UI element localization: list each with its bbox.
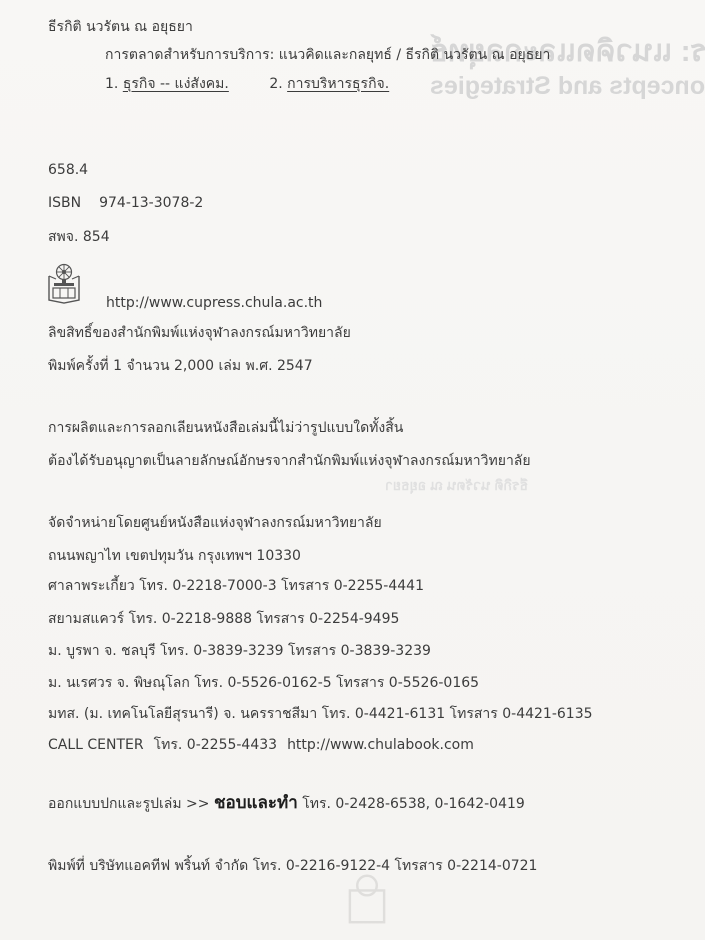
show-through-title-english: Services Marketing: Concepts and Strateg… bbox=[430, 72, 705, 101]
rights-notice-line-1: การผลิตและการลอกเลียนหนังสือเล่มนี้ไม่ว่… bbox=[48, 419, 403, 437]
catalog-subject-1: 1. ธุรกิจ -- แง่สังคม. bbox=[105, 76, 233, 92]
catalog-subjects: 1. ธุรกิจ -- แง่สังคม. 2. การบริหารธุรกิ… bbox=[105, 75, 425, 93]
catalog-author: ธีรกิติ นวรัตน ณ อยุธยา bbox=[48, 18, 193, 36]
design-brand: ชอบและทำ bbox=[214, 793, 298, 813]
subject-label: การบริหารธุรกิจ. bbox=[287, 76, 389, 92]
catalog-subject-2: 2. การบริหารธุรกิจ. bbox=[269, 76, 389, 92]
printing-info: พิมพ์ครั้งที่ 1 จำนวน 2,000 เล่ม พ.ศ. 25… bbox=[48, 357, 313, 375]
design-credit: ออกแบบปกและรูปเล่ม >> ชอบและทำ โทร. 0-24… bbox=[48, 794, 525, 813]
chulabook-url[interactable]: http://www.chulabook.com bbox=[287, 737, 474, 753]
class-number: 658.4 bbox=[48, 161, 88, 179]
publisher-url[interactable]: http://www.cupress.chula.ac.th bbox=[106, 294, 322, 312]
subject-number: 1. bbox=[105, 76, 118, 92]
show-through-author: ธีรกิติ นวรัตน ณ อยุธยา bbox=[385, 475, 528, 497]
branch-contact: สยามสแควร์ โทร. 0-2218-9888 โทรสาร 0-225… bbox=[48, 610, 399, 628]
design-label: ออกแบบปกและรูปเล่ม >> bbox=[48, 796, 210, 812]
isbn-line: ISBN974-13-3078-2 bbox=[48, 194, 203, 212]
branch-contact: มทส. (ม. เทคโนโลยีสุรนารี) จ. นครราชสีมา… bbox=[48, 705, 593, 723]
show-through-logo-icon bbox=[345, 872, 389, 926]
branch-contact: ม. นเรศวร จ. พิษณุโลก โทร. 0-5526-0162-5… bbox=[48, 674, 479, 692]
call-center-phone: โทร. 0-2255-4433 bbox=[154, 737, 277, 753]
copyright-page: การตลาดสำหรับการบริการ: แนวคิดและกลยุทธ์… bbox=[0, 0, 705, 940]
cu-press-logo-icon bbox=[46, 262, 82, 304]
distribution-heading: จัดจำหน่ายโดยศูนย์หนังสือแห่งจุฬาลงกรณ์ม… bbox=[48, 514, 382, 532]
isbn-value: 974-13-3078-2 bbox=[99, 195, 203, 211]
call-center-line: CALL CENTERโทร. 0-2255-4433http://www.ch… bbox=[48, 736, 474, 754]
branch-contact: ศาลาพระเกี้ยว โทร. 0-2218-7000-3 โทรสาร … bbox=[48, 577, 424, 595]
printer-info: พิมพ์ที่ บริษัทแอคทีฟ พริ้นท์ จำกัด โทร.… bbox=[48, 857, 537, 875]
design-phone: โทร. 0-2428-6538, 0-1642-0419 bbox=[302, 796, 525, 812]
publisher-number: สพจ. 854 bbox=[48, 228, 110, 246]
distribution-address: ถนนพญาไท เขตปทุมวัน กรุงเทพฯ 10330 bbox=[48, 547, 301, 565]
isbn-label: ISBN bbox=[48, 195, 81, 211]
branch-contact: ม. บูรพา จ. ชลบุรี โทร. 0-3839-3239 โทรส… bbox=[48, 642, 431, 660]
subject-label: ธุรกิจ -- แง่สังคม. bbox=[123, 76, 229, 92]
subject-number: 2. bbox=[269, 76, 282, 92]
rights-notice-line-2: ต้องได้รับอนุญาตเป็นลายลักษณ์อักษรจากสำน… bbox=[48, 452, 531, 470]
call-center-label: CALL CENTER bbox=[48, 737, 144, 753]
catalog-title-statement: การตลาดสำหรับการบริการ: แนวคิดและกลยุทธ์… bbox=[105, 46, 550, 64]
copyright-notice: ลิขสิทธิ์ของสำนักพิมพ์แห่งจุฬาลงกรณ์มหาว… bbox=[48, 324, 351, 342]
